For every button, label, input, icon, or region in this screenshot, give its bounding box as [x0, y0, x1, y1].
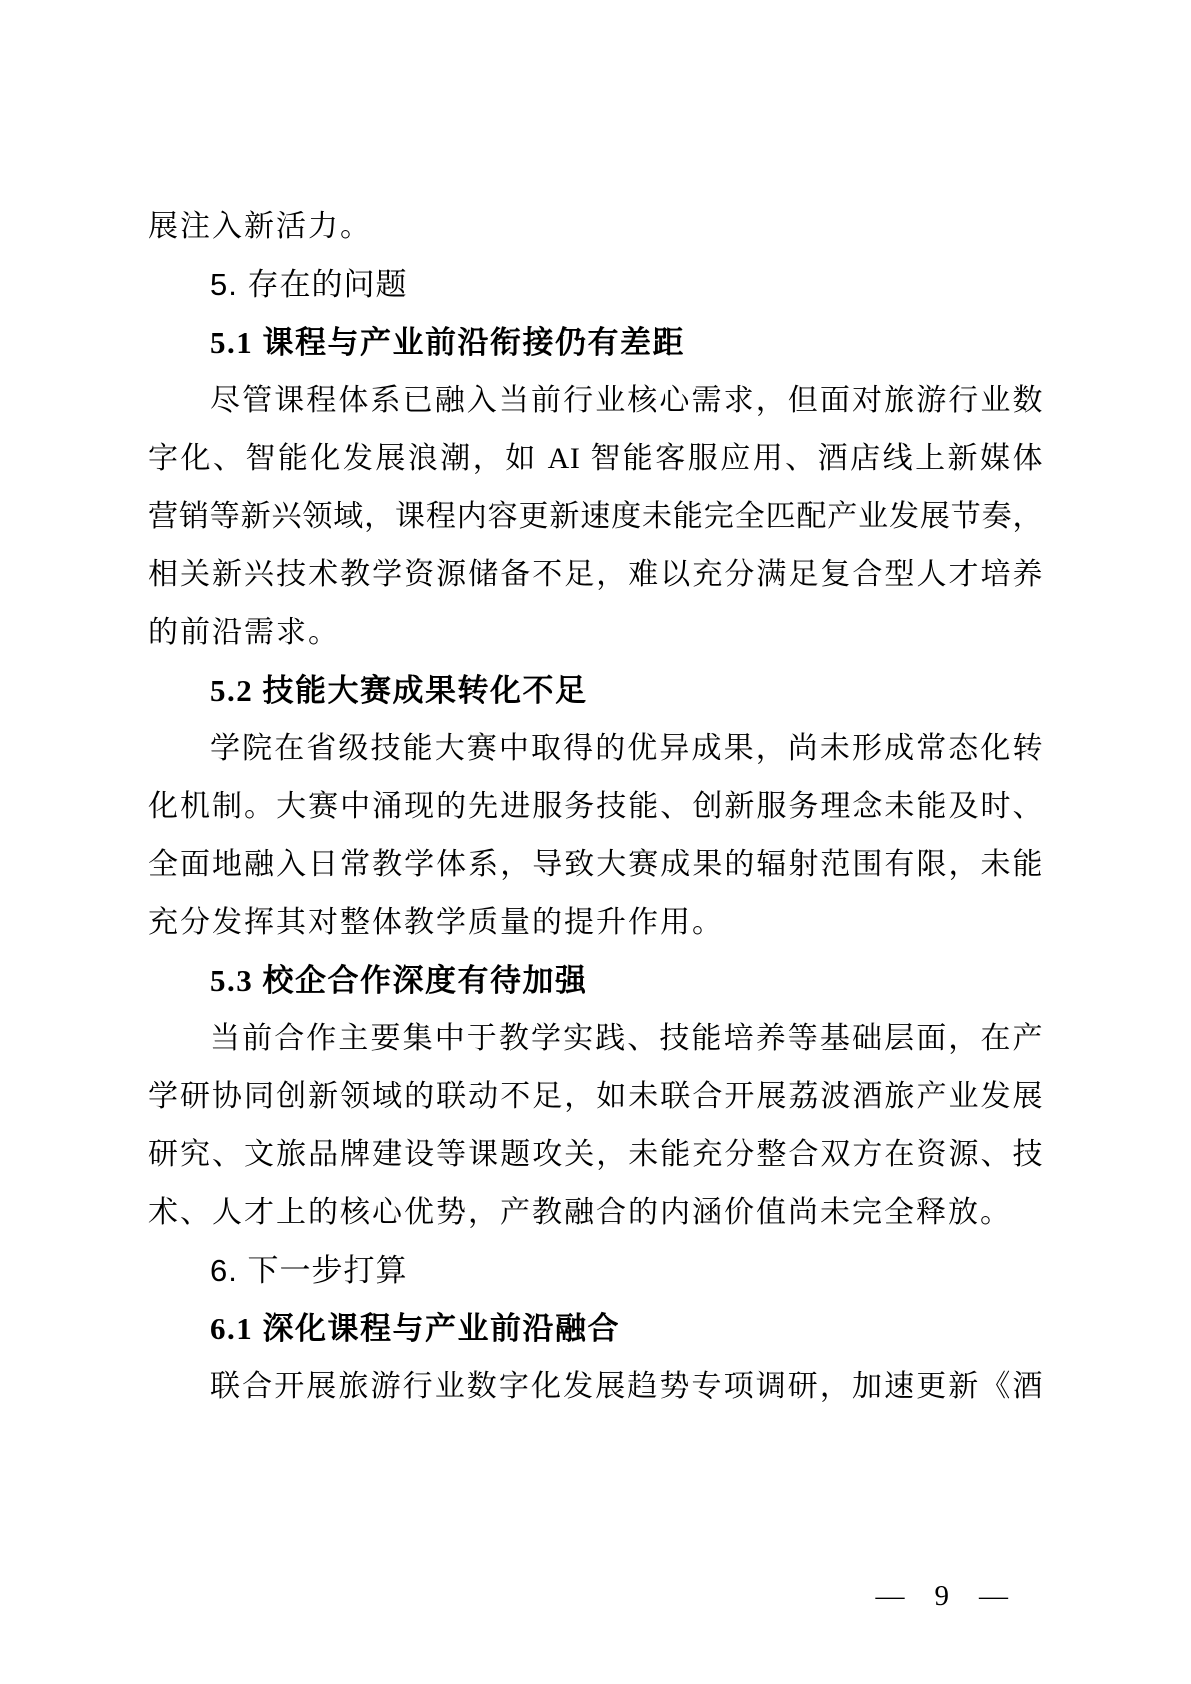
section-5-1-heading: 5.1 课程与产业前沿衔接仍有差距: [148, 314, 1043, 372]
page-footer: — 9 —: [876, 1580, 1009, 1612]
section-5-1-line-4: 相关新兴技术教学资源储备不足，难以充分满足复合型人才培养: [148, 546, 1043, 604]
section-5-heading: 5. 存在的问题: [148, 256, 1043, 314]
section-6-1-line-1: 联合开展旅游行业数字化发展趋势专项调研，加速更新《酒: [148, 1358, 1043, 1416]
section-5-1-line-1: 尽管课程体系已融入当前行业核心需求，但面对旅游行业数: [148, 372, 1043, 430]
section-5-2-heading: 5.2 技能大赛成果转化不足: [148, 662, 1043, 720]
page-number: 9: [935, 1580, 950, 1612]
section-5-2-line-1: 学院在省级技能大赛中取得的优异成果，尚未形成常态化转: [148, 720, 1043, 778]
section-5-2-line-4: 充分发挥其对整体教学质量的提升作用。: [148, 894, 1043, 952]
section-5-1-line-3: 营销等新兴领域，课程内容更新速度未能完全匹配产业发展节奏，: [148, 488, 1043, 546]
section-5-3-line-1: 当前合作主要集中于教学实践、技能培养等基础层面，在产: [148, 1010, 1043, 1068]
section-6-1-heading: 6.1 深化课程与产业前沿融合: [148, 1300, 1043, 1358]
footer-dash-right: —: [979, 1580, 1008, 1612]
section-5-3-line-4: 术、人才上的核心优势，产教融合的内涵价值尚未完全释放。: [148, 1184, 1043, 1242]
document-content: 展注入新活力。 5. 存在的问题 5.1 课程与产业前沿衔接仍有差距 尽管课程体…: [0, 0, 1191, 1416]
footer-dash-left: —: [876, 1580, 905, 1612]
section-5-3-line-3: 研究、文旅品牌建设等课题攻关，未能充分整合双方在资源、技: [148, 1126, 1043, 1184]
paragraph-continuation-line: 展注入新活力。: [148, 198, 1043, 256]
section-5-2-line-2: 化机制。大赛中涌现的先进服务技能、创新服务理念未能及时、: [148, 778, 1043, 836]
section-5-3-line-2: 学研协同创新领域的联动不足，如未联合开展荔波酒旅产业发展: [148, 1068, 1043, 1126]
section-5-1-line-2: 字化、智能化发展浪潮，如 AI 智能客服应用、酒店线上新媒体: [148, 430, 1043, 488]
section-5-3-heading: 5.3 校企合作深度有待加强: [148, 952, 1043, 1010]
section-6-heading: 6. 下一步打算: [148, 1242, 1043, 1300]
section-5-1-line-5: 的前沿需求。: [148, 604, 1043, 662]
document-page: 展注入新活力。 5. 存在的问题 5.1 课程与产业前沿衔接仍有差距 尽管课程体…: [0, 0, 1191, 1684]
section-5-2-line-3: 全面地融入日常教学体系，导致大赛成果的辐射范围有限，未能: [148, 836, 1043, 894]
